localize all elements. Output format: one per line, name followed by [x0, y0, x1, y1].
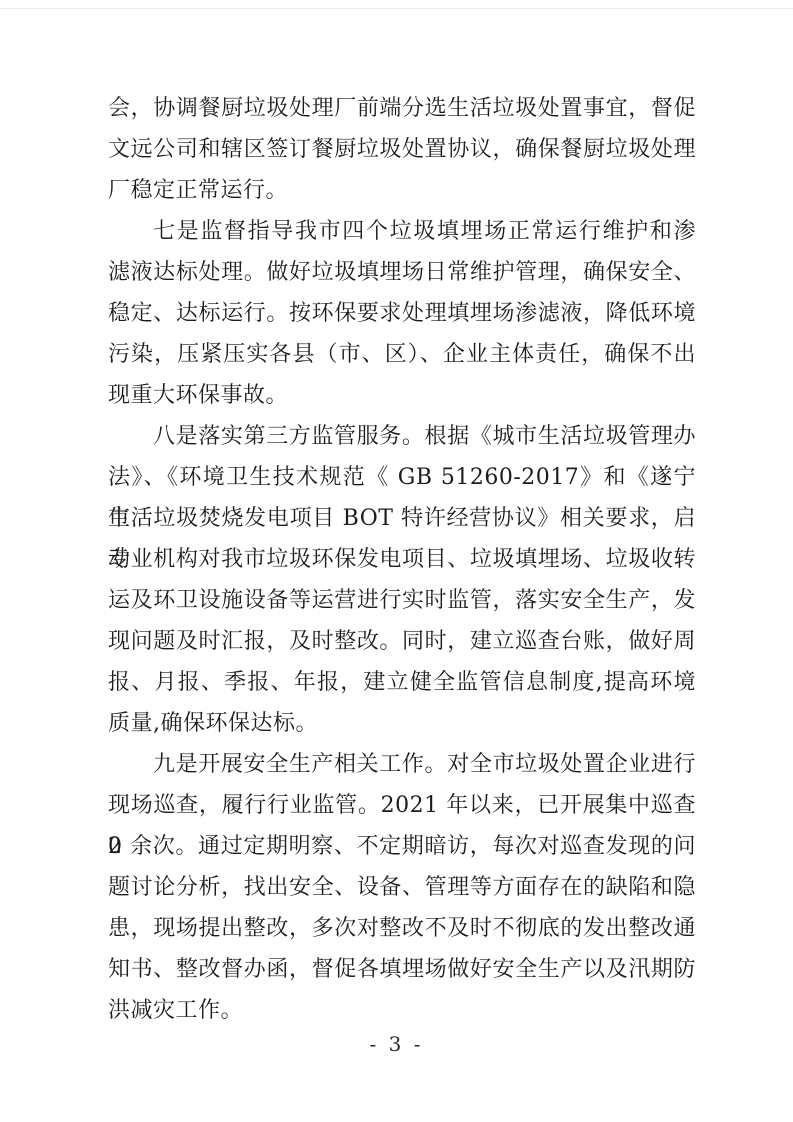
text-line: 生活垃圾焚烧发电项目 BOT 特许经营协议》相关要求，启动 [108, 498, 696, 539]
text-line: 题讨论分析，找出安全、设备、管理等方面存在的缺陷和隐 [108, 867, 696, 908]
text-line: 知书、整改督办函，督促各填埋场做好安全生产以及汛期防 [108, 949, 696, 990]
text-line: 现场巡查，履行行业监管。2021 年以来，已开展集中巡查 2 [108, 785, 696, 826]
paragraph: 七是监督指导我市四个垃圾填埋场正常运行维护和渗滤液达标处理。做好垃圾填埋场日常维… [108, 211, 696, 416]
text-line: 滤液达标处理。做好垃圾填埋场日常维护管理，确保安全、 [108, 252, 696, 293]
scan-artifact-line [0, 8, 793, 9]
text-line: 九是开展安全生产相关工作。对全市垃圾处置企业进行 [108, 744, 696, 785]
text-line: 质量,确保环保达标。 [108, 703, 696, 744]
text-line: 污染，压紧压实各县（市、区）、企业主体责任，确保不出 [108, 334, 696, 375]
text-line: 运及环卫设施设备等运营进行实时监管，落实安全生产，发 [108, 580, 696, 621]
text-line: 现问题及时汇报，及时整改。同时，建立巡查台账，做好周 [108, 621, 696, 662]
text-line: 稳定、达标运行。按环保要求处理填埋场渗滤液，降低环境 [108, 293, 696, 334]
document-page: 会，协调餐厨垃圾处理厂前端分选生活垃圾处置事宜，督促文远公司和辖区签订餐厨垃圾处… [0, 0, 793, 1122]
text-line: 洪减灾工作。 [108, 990, 696, 1031]
text-line: 法》、《环境卫生技术规范《 GB 51260-2017》和《遂宁市 [108, 457, 696, 498]
text-line: 厂稳定正常运行。 [108, 170, 696, 211]
text-line: 专业机构对我市垃圾环保发电项目、垃圾填埋场、垃圾收转 [108, 539, 696, 580]
text-line: 0 余次。通过定期明察、不定期暗访，每次对巡查发现的问 [108, 826, 696, 867]
text-line: 七是监督指导我市四个垃圾填埋场正常运行维护和渗 [108, 211, 696, 252]
page-number: - 3 - [0, 1030, 793, 1058]
text-line: 文远公司和辖区签订餐厨垃圾处置协议，确保餐厨垃圾处理 [108, 129, 696, 170]
text-line: 会，协调餐厨垃圾处理厂前端分选生活垃圾处置事宜，督促 [108, 88, 696, 129]
text-line: 八是落实第三方监管服务。根据《城市生活垃圾管理办 [108, 416, 696, 457]
paragraph: 会，协调餐厨垃圾处理厂前端分选生活垃圾处置事宜，督促文远公司和辖区签订餐厨垃圾处… [108, 88, 696, 211]
text-line: 报、月报、季报、年报，建立健全监管信息制度,提高环境 [108, 662, 696, 703]
paragraph: 八是落实第三方监管服务。根据《城市生活垃圾管理办法》、《环境卫生技术规范《 GB… [108, 416, 696, 744]
document-text: 会，协调餐厨垃圾处理厂前端分选生活垃圾处置事宜，督促文远公司和辖区签订餐厨垃圾处… [108, 88, 696, 1031]
text-line: 现重大环保事故。 [108, 375, 696, 416]
text-line: 患，现场提出整改，多次对整改不及时不彻底的发出整改通 [108, 908, 696, 949]
paragraph: 九是开展安全生产相关工作。对全市垃圾处置企业进行现场巡查，履行行业监管。2021… [108, 744, 696, 1031]
